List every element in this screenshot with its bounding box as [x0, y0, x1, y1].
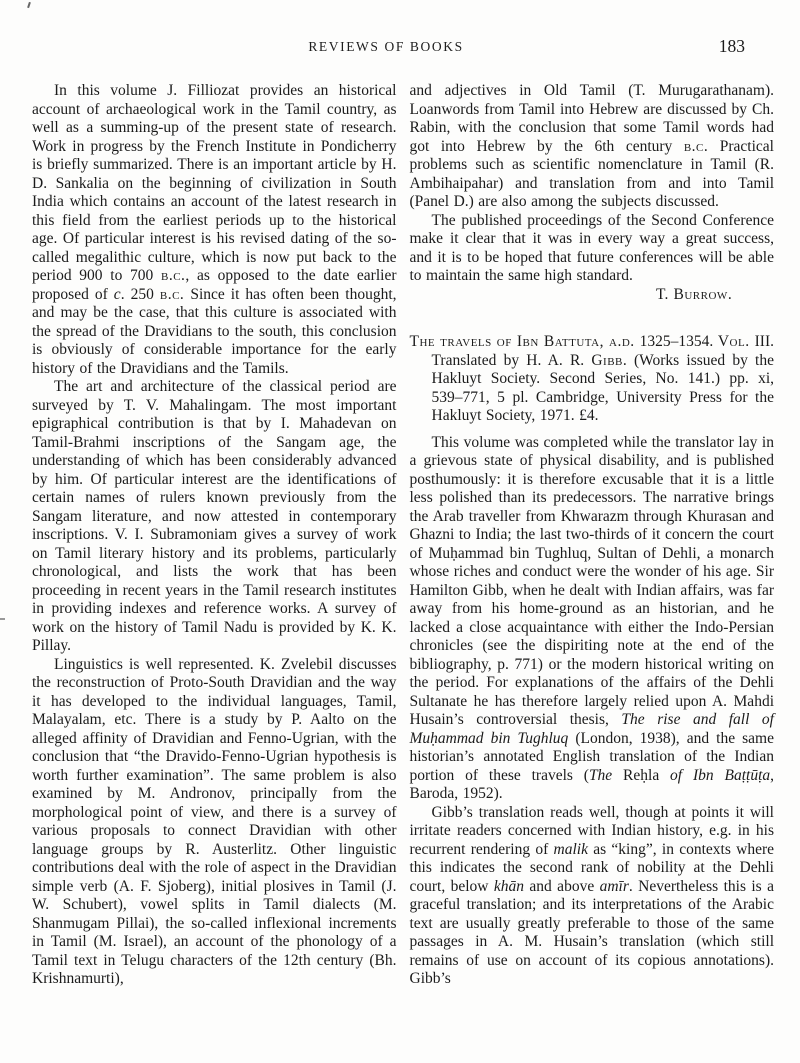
text-segment: c — [114, 286, 121, 303]
paragraph-continuation: and adjectives in Old Tamil (T. Murugara… — [410, 82, 775, 212]
right-column: and adjectives in Old Tamil (T. Murugara… — [410, 82, 775, 989]
page-number: 183 — [719, 36, 745, 57]
text-segment: b.c. — [161, 267, 185, 284]
text-segment: and above — [524, 878, 600, 895]
text-segment: The art and architecture of the classica… — [32, 378, 397, 654]
running-title: REVIEWS OF BOOKS — [0, 39, 786, 55]
text-segment: T. — [656, 286, 674, 303]
left-column: In this volume J. Filliozat provides an … — [32, 82, 397, 989]
page-header: REVIEWS OF BOOKS 183 — [0, 0, 800, 56]
paragraph-filliozat-survey: In this volume J. Filliozat provides an … — [32, 82, 397, 378]
reviewer-signature: T. Burrow. — [410, 286, 775, 305]
text-segment: of Ibn Baṭṭūṭa — [659, 767, 770, 784]
book-review-heading: The travels of Ibn Battuta, a.d. 1325–13… — [410, 333, 775, 426]
text-segment: In this volume J. Filliozat provides an … — [32, 82, 397, 284]
paragraph-review-body-1: This volume was completed while the tran… — [410, 434, 775, 804]
text-segment: Vol. — [718, 333, 755, 350]
scanned-journal-page: REVIEWS OF BOOKS 183 In this volume J. F… — [0, 0, 800, 1063]
text-segment: amīr — [600, 878, 629, 895]
scan-artifact-dash — [0, 618, 5, 620]
paragraph-art-epigraphy: The art and architecture of the classica… — [32, 378, 397, 656]
text-segment: The published proceedings of the Second … — [410, 212, 775, 285]
two-column-text-block: In this volume J. Filliozat provides an … — [0, 82, 800, 989]
text-segment: Reḥla — [623, 767, 659, 784]
text-segment: . 250 — [121, 286, 160, 303]
text-segment: Gibb — [591, 352, 623, 369]
text-segment: . — [728, 286, 732, 303]
paragraph-linguistics: Linguistics is well represented. K. Zvel… — [32, 656, 397, 989]
paragraph-conference: The published proceedings of the Second … — [410, 212, 775, 286]
text-segment: b.c. — [160, 286, 184, 303]
paragraph-review-body-2: Gibb’s translation reads well, though at… — [410, 804, 775, 989]
text-segment: khān — [494, 878, 524, 895]
text-segment: 1325–1354. — [640, 333, 718, 350]
text-segment: Linguistics is well represented. K. Zvel… — [32, 656, 397, 988]
text-segment: The travels of Ibn Battuta, a.d. — [410, 333, 640, 350]
text-segment: Burrow — [674, 286, 728, 303]
text-segment: The — [589, 767, 623, 784]
text-segment: malik — [554, 841, 588, 858]
text-segment: b.c. — [684, 138, 708, 155]
text-segment: This volume was completed while the tran… — [410, 434, 775, 729]
